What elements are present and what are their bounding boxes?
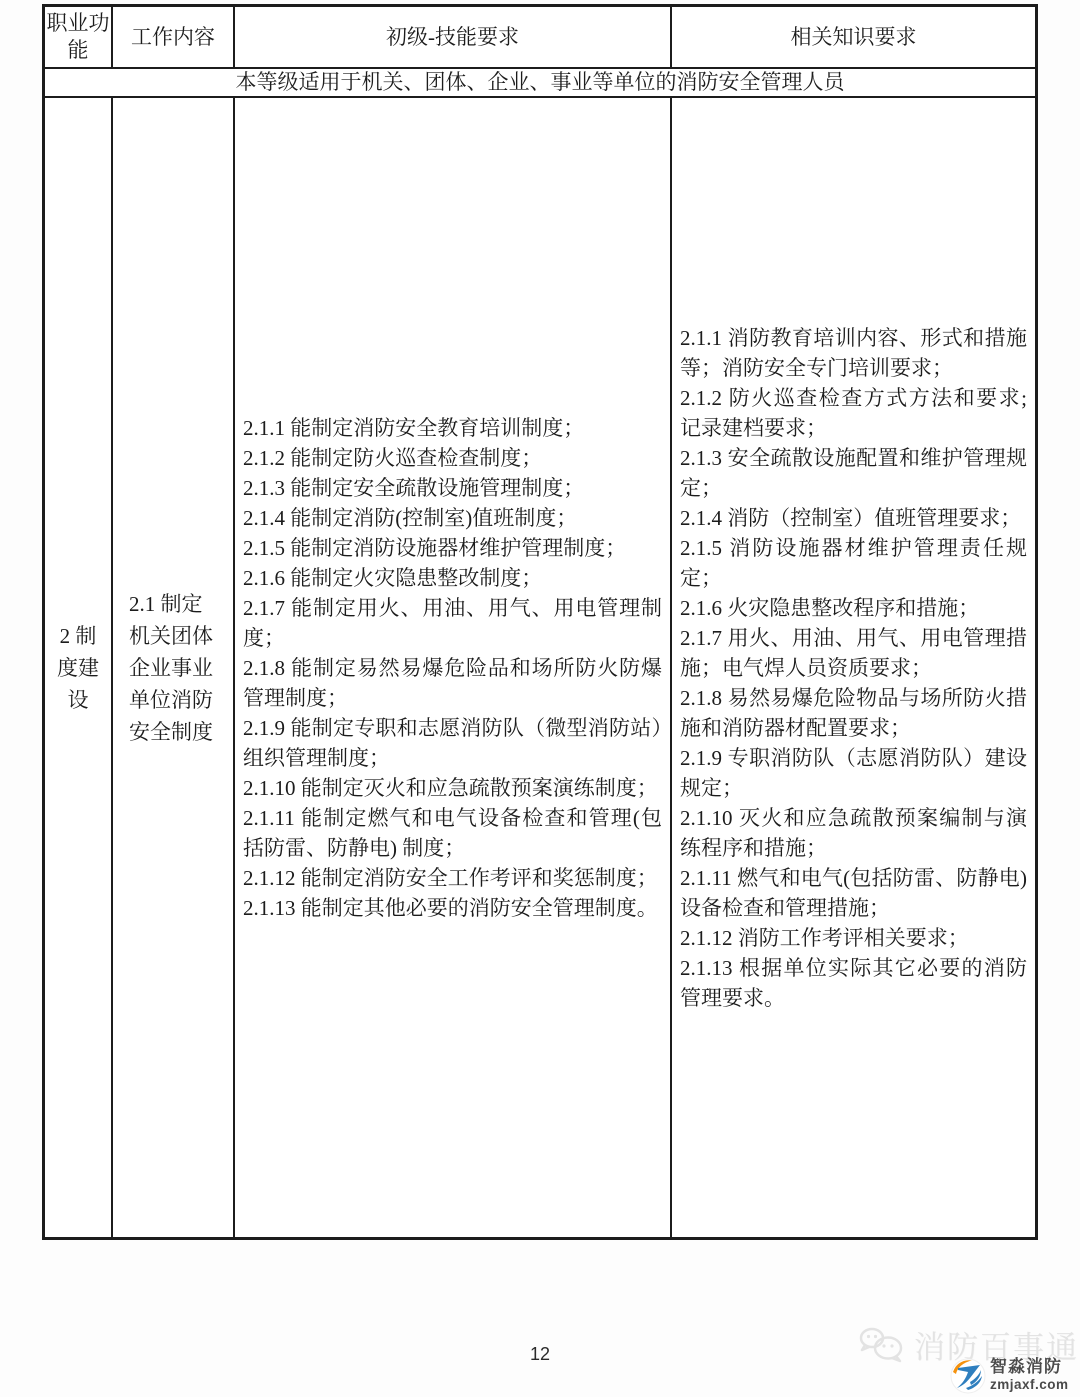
brand-name: 智淼消防 <box>990 1358 1069 1375</box>
knowledge-item: 2.1.5 消防设施器材维护管理责任规定； <box>680 533 1027 593</box>
knowledge-item: 2.1.7 用火、用油、用气、用电管理措施；电气焊人员资质要求； <box>680 623 1027 683</box>
skill-item: 2.1.13 能制定其他必要的消防安全管理制度。 <box>243 893 662 923</box>
brand-logo-icon <box>950 1358 986 1394</box>
skill-item: 2.1.4 能制定消防(控制室)值班制度； <box>243 503 662 533</box>
knowledge-item: 2.1.4 消防（控制室）值班管理要求； <box>680 503 1027 533</box>
wechat-icon <box>858 1326 906 1364</box>
skill-requirements-list: 2.1.1 能制定消防安全教育培训制度；2.1.2 能制定防火巡查检查制度；2.… <box>235 413 670 923</box>
skill-item: 2.1.7 能制定用火、用油、用气、用电管理制度； <box>243 593 662 653</box>
function-cell: 2 制度建设 <box>45 98 113 1237</box>
knowledge-item: 2.1.1 消防教育培训内容、形式和措施等；消防安全专门培训要求； <box>680 323 1027 383</box>
scope-note: 本等级适用于机关、团体、企业、事业等单位的消防安全管理人员 <box>45 69 1035 98</box>
skill-item: 2.1.5 能制定消防设施器材维护管理制度； <box>243 533 662 563</box>
skill-item: 2.1.2 能制定防火巡查检查制度； <box>243 443 662 473</box>
header-skill-requirements: 初级-技能要求 <box>235 7 672 69</box>
skill-item: 2.1.9 能制定专职和志愿消防队（微型消防站）组织管理制度； <box>243 713 662 773</box>
header-work-content: 工作内容 <box>113 7 235 69</box>
knowledge-requirements-cell: 2.1.1 消防教育培训内容、形式和措施等；消防安全专门培训要求；2.1.2 防… <box>672 98 1035 1237</box>
skill-item: 2.1.10 能制定灭火和应急疏散预案演练制度； <box>243 773 662 803</box>
header-knowledge-requirements: 相关知识要求 <box>672 7 1035 69</box>
work-content-cell: 2.1 制定机关团体企业事业单位消防安全制度 <box>113 98 235 1237</box>
skill-requirements-cell: 2.1.1 能制定消防安全教育培训制度；2.1.2 能制定防火巡查检查制度；2.… <box>235 98 672 1237</box>
skill-item: 2.1.12 能制定消防安全工作考评和奖惩制度； <box>243 863 662 893</box>
skill-item: 2.1.1 能制定消防安全教育培训制度； <box>243 413 662 443</box>
skill-item: 2.1.6 能制定火灾隐患整改制度； <box>243 563 662 593</box>
knowledge-item: 2.1.3 安全疏散设施配置和维护管理规定； <box>680 443 1027 503</box>
knowledge-requirements-list: 2.1.1 消防教育培训内容、形式和措施等；消防安全专门培训要求；2.1.2 防… <box>672 323 1035 1013</box>
knowledge-item: 2.1.6 火灾隐患整改程序和措施； <box>680 593 1027 623</box>
knowledge-item: 2.1.13 根据单位实际其它必要的消防管理要求。 <box>680 953 1027 1013</box>
knowledge-item: 2.1.10 灭火和应急疏散预案编制与演练程序和措施； <box>680 803 1027 863</box>
skill-item: 2.1.3 能制定安全疏散设施管理制度； <box>243 473 662 503</box>
header-professional-function: 职业功能 <box>45 7 113 69</box>
qualification-table: 职业功能 工作内容 初级-技能要求 相关知识要求 本等级适用于机关、团体、企业、… <box>42 4 1038 1240</box>
knowledge-item: 2.1.12 消防工作考评相关要求； <box>680 923 1027 953</box>
work-content-text: 2.1 制定机关团体企业事业单位消防安全制度 <box>129 588 217 748</box>
knowledge-item: 2.1.9 专职消防队（志愿消防队）建设规定； <box>680 743 1027 803</box>
knowledge-item: 2.1.8 易然易爆危险物品与场所防火措施和消防器材配置要求； <box>680 683 1027 743</box>
skill-item: 2.1.8 能制定易然易爆危险品和场所防火防爆管理制度； <box>243 653 662 713</box>
brand-site: zmjaxf.com <box>990 1378 1069 1392</box>
skill-item: 2.1.11 能制定燃气和电气设备检查和管理(包括防雷、防静电) 制度； <box>243 803 662 863</box>
knowledge-item: 2.1.11 燃气和电气(包括防雷、防静电)设备检查和管理措施； <box>680 863 1027 923</box>
knowledge-item: 2.1.2 防火巡查检查方式方法和要求;记录建档要求； <box>680 383 1027 443</box>
function-text: 2 制度建设 <box>54 620 102 716</box>
brand-block: 智淼消防 zmjaxf.com <box>950 1358 1069 1394</box>
